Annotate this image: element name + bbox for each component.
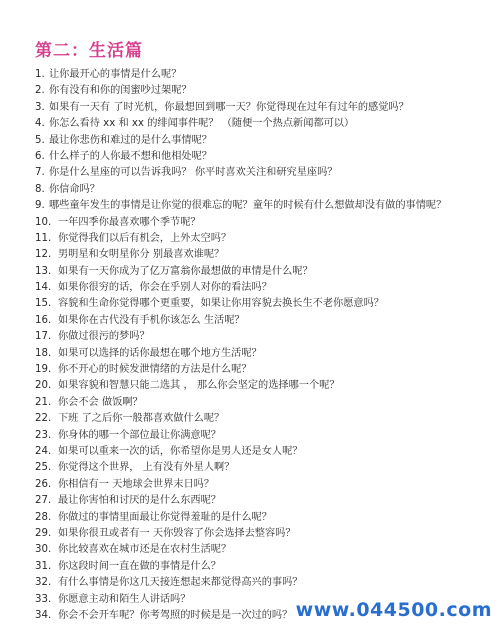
question-text: 最让你害怕和讨厌的是什么东西呢？ — [58, 493, 221, 509]
question-number: 24. — [35, 444, 58, 460]
question-text: 如果你很穷的话，你会在乎别人对你的看法吗？ — [58, 280, 272, 296]
question-text: 哪些童年发生的事情是让你觉的很难忘的呢？童年的时候有什么想做却没有做的事情呢？ — [49, 198, 446, 214]
question-text: 如果可以重来一次的话，你希望你是男人还是女人呢？ — [58, 444, 303, 460]
question-text: 如果你很丑或者有一 天你毁容了你会选择去整容吗？ — [58, 526, 296, 542]
question-number: 3. — [35, 100, 49, 116]
question-number: 6. — [35, 149, 49, 165]
question-item: 30.你比较喜欢在城市还是在农村生活呢？ — [35, 542, 446, 558]
question-number: 20. — [35, 378, 58, 394]
question-text: 你这段时间一直在做的事情是什么？ — [58, 559, 221, 575]
question-item: 25.你觉得这个世界， 上有没有外星人啊？ — [35, 460, 446, 476]
question-text: 你相信有一 天地球会世界末日吗？ — [58, 477, 214, 493]
question-number: 13. — [35, 264, 58, 280]
question-text: 你觉得我们以后有机会，上外太空吗？ — [58, 231, 231, 247]
question-number: 25. — [35, 460, 58, 476]
question-number: 16. — [35, 313, 58, 329]
question-item: 26.你相信有一 天地球会世界末日吗？ — [35, 477, 446, 493]
question-text: 你会不会开车呢？你考驾照的时候是是一次过的吗？ — [58, 608, 292, 624]
question-item: 11.你觉得我们以后有机会，上外太空吗？ — [35, 231, 446, 247]
question-text: 如果可以选择的话你最想在哪个地方生活呢？ — [58, 346, 262, 362]
question-text: 你信命吗？ — [49, 182, 100, 198]
question-number: 12. — [35, 247, 58, 263]
question-number: 26. — [35, 477, 58, 493]
question-item: 20.如果容貌和智慧只能二选其 ， 那么你会坚定的选择哪一个呢？ — [35, 378, 446, 394]
question-number: 23. — [35, 428, 58, 444]
question-text: 如果容貌和智慧只能二选其 ， 那么你会坚定的选择哪一个呢？ — [58, 378, 340, 394]
question-number: 34. — [35, 608, 58, 624]
question-number: 21. — [35, 395, 58, 411]
question-item: 28.你做过的事情里面最让你觉得羞耻的是什么呢？ — [35, 510, 446, 526]
question-item: 10.一年四季你最喜欢哪个季节呢？ — [35, 215, 446, 231]
question-item: 4.你怎么看待 xx 和 xx 的绯闻事件呢？ （随便一个热点新闻都可以） — [35, 116, 446, 132]
section-title: 第二：生活篇 — [35, 36, 143, 61]
question-number: 32. — [35, 575, 58, 591]
question-text: 你不开心的时候发泄情绪的方法是什么呢？ — [58, 362, 252, 378]
question-item: 3.如果有一天有 了时光机，你最想回到哪一天？你觉得现在过年有过年的感觉吗？ — [35, 100, 446, 116]
question-number: 1. — [35, 67, 49, 83]
question-text: 如果有一天有 了时光机，你最想回到哪一天？你觉得现在过年有过年的感觉吗？ — [49, 100, 409, 116]
question-item: 23.你身体的哪一个部位最让你满意呢？ — [35, 428, 446, 444]
question-item: 13.如果有一天你成为了亿万富翁你最想做的車情是什么呢？ — [35, 264, 446, 280]
question-text: 容貌和生命你觉得哪个更重要，如果让你用容貌去换长生不老你愿意吗？ — [58, 296, 384, 312]
question-text: 最让你悲伤和难过的是什么事情呢？ — [49, 133, 212, 149]
question-number: 29. — [35, 526, 58, 542]
question-number: 5. — [35, 133, 49, 149]
question-text: 你是什么星座的可以告诉我吗？ 你平时喜欢关注和研究星座吗？ — [49, 165, 338, 181]
question-list: 1.让你最开心的事情是什么呢？2.你有没有和你的闺蜜吵过架呢？3.如果有一天有 … — [35, 67, 446, 624]
question-item: 7.你是什么星座的可以告诉我吗？ 你平时喜欢关注和研究星座吗？ — [35, 165, 446, 181]
question-text: 男明星和女明星你分 别最喜欢谁呢？ — [58, 247, 224, 263]
question-item: 22.下班 了之后你一般都喜欢做什么呢？ — [35, 411, 446, 427]
question-item: 2.你有没有和你的闺蜜吵过架呢？ — [35, 83, 446, 99]
question-text: 你觉得这个世界， 上有没有外星人啊？ — [58, 460, 234, 476]
question-item: 6.什么样子的人你最不想和他相处呢？ — [35, 149, 446, 165]
question-text: 什么样子的人你最不想和他相处呢？ — [49, 149, 212, 165]
question-text: 下班 了之后你一般都喜欢做什么呢？ — [58, 411, 224, 427]
question-item: 27.最让你害怕和讨厌的是什么东西呢？ — [35, 493, 446, 509]
question-number: 18. — [35, 346, 58, 362]
question-text: 你愿意主动和陌生人讲话吗？ — [58, 592, 190, 608]
question-text: 让你最开心的事情是什么呢？ — [49, 67, 181, 83]
question-number: 30. — [35, 542, 58, 558]
question-number: 9. — [35, 198, 49, 214]
question-number: 22. — [35, 411, 58, 427]
question-text: 你比较喜欢在城市还是在农村生活呢？ — [58, 542, 231, 558]
question-number: 8. — [35, 182, 49, 198]
question-number: 17. — [35, 329, 58, 345]
question-number: 4. — [35, 116, 49, 132]
question-text: 你身体的哪一个部位最让你满意呢？ — [58, 428, 221, 444]
question-number: 19. — [35, 362, 58, 378]
question-item: 24.如果可以重来一次的话，你希望你是男人还是女人呢？ — [35, 444, 446, 460]
question-text: 你怎么看待 xx 和 xx 的绯闻事件呢？ （随便一个热点新闻都可以） — [49, 116, 354, 132]
question-item: 1.让你最开心的事情是什么呢？ — [35, 67, 446, 83]
question-number: 10. — [35, 215, 58, 231]
question-number: 7. — [35, 165, 49, 181]
question-item: 31.你这段时间一直在做的事情是什么？ — [35, 559, 446, 575]
question-item: 16.如果你在古代没有手机你该怎么 生活呢？ — [35, 313, 446, 329]
question-number: 2. — [35, 83, 49, 99]
question-number: 33. — [35, 592, 58, 608]
question-item: 14.如果你很穷的话，你会在乎别人对你的看法吗？ — [35, 280, 446, 296]
question-text: 如果你在古代没有手机你该怎么 生活呢？ — [58, 313, 245, 329]
watermark: www.044500.com — [296, 599, 492, 621]
question-item: 9.哪些童年发生的事情是让你觉的很难忘的呢？童年的时候有什么想做却没有做的事情呢… — [35, 198, 446, 214]
question-item: 15.容貌和生命你觉得哪个更重要，如果让你用容貌去换长生不老你愿意吗？ — [35, 296, 446, 312]
question-item: 29.如果你很丑或者有一 天你毁容了你会选择去整容吗？ — [35, 526, 446, 542]
question-item: 21.你会不会 做饭啊？ — [35, 395, 446, 411]
question-number: 27. — [35, 493, 58, 509]
question-item: 5.最让你悲伤和难过的是什么事情呢？ — [35, 133, 446, 149]
question-text: 如果有一天你成为了亿万富翁你最想做的車情是什么呢？ — [58, 264, 313, 280]
question-item: 19.你不开心的时候发泄情绪的方法是什么呢？ — [35, 362, 446, 378]
question-item: 8.你信命吗？ — [35, 182, 446, 198]
question-text: 你做过的事情里面最让你觉得羞耻的是什么呢？ — [58, 510, 272, 526]
question-number: 11. — [35, 231, 58, 247]
question-item: 17.你做过很污的梦吗？ — [35, 329, 446, 345]
question-item: 32.有什么事情是你这几天接连想起来都觉得高兴的事吗？ — [35, 575, 446, 591]
question-item: 18.如果可以选择的话你最想在哪个地方生活呢？ — [35, 346, 446, 362]
question-text: 你会不会 做饭啊？ — [58, 395, 143, 411]
question-number: 14. — [35, 280, 58, 296]
question-number: 31. — [35, 559, 58, 575]
question-number: 15. — [35, 296, 58, 312]
question-text: 一年四季你最喜欢哪个季节呢？ — [58, 215, 201, 231]
question-number: 28. — [35, 510, 58, 526]
question-text: 你有没有和你的闺蜜吵过架呢？ — [49, 83, 192, 99]
question-text: 有什么事情是你这几天接连想起来都觉得高兴的事吗？ — [58, 575, 303, 591]
question-text: 你做过很污的梦吗？ — [58, 329, 150, 345]
question-item: 12.男明星和女明星你分 别最喜欢谁呢？ — [35, 247, 446, 263]
